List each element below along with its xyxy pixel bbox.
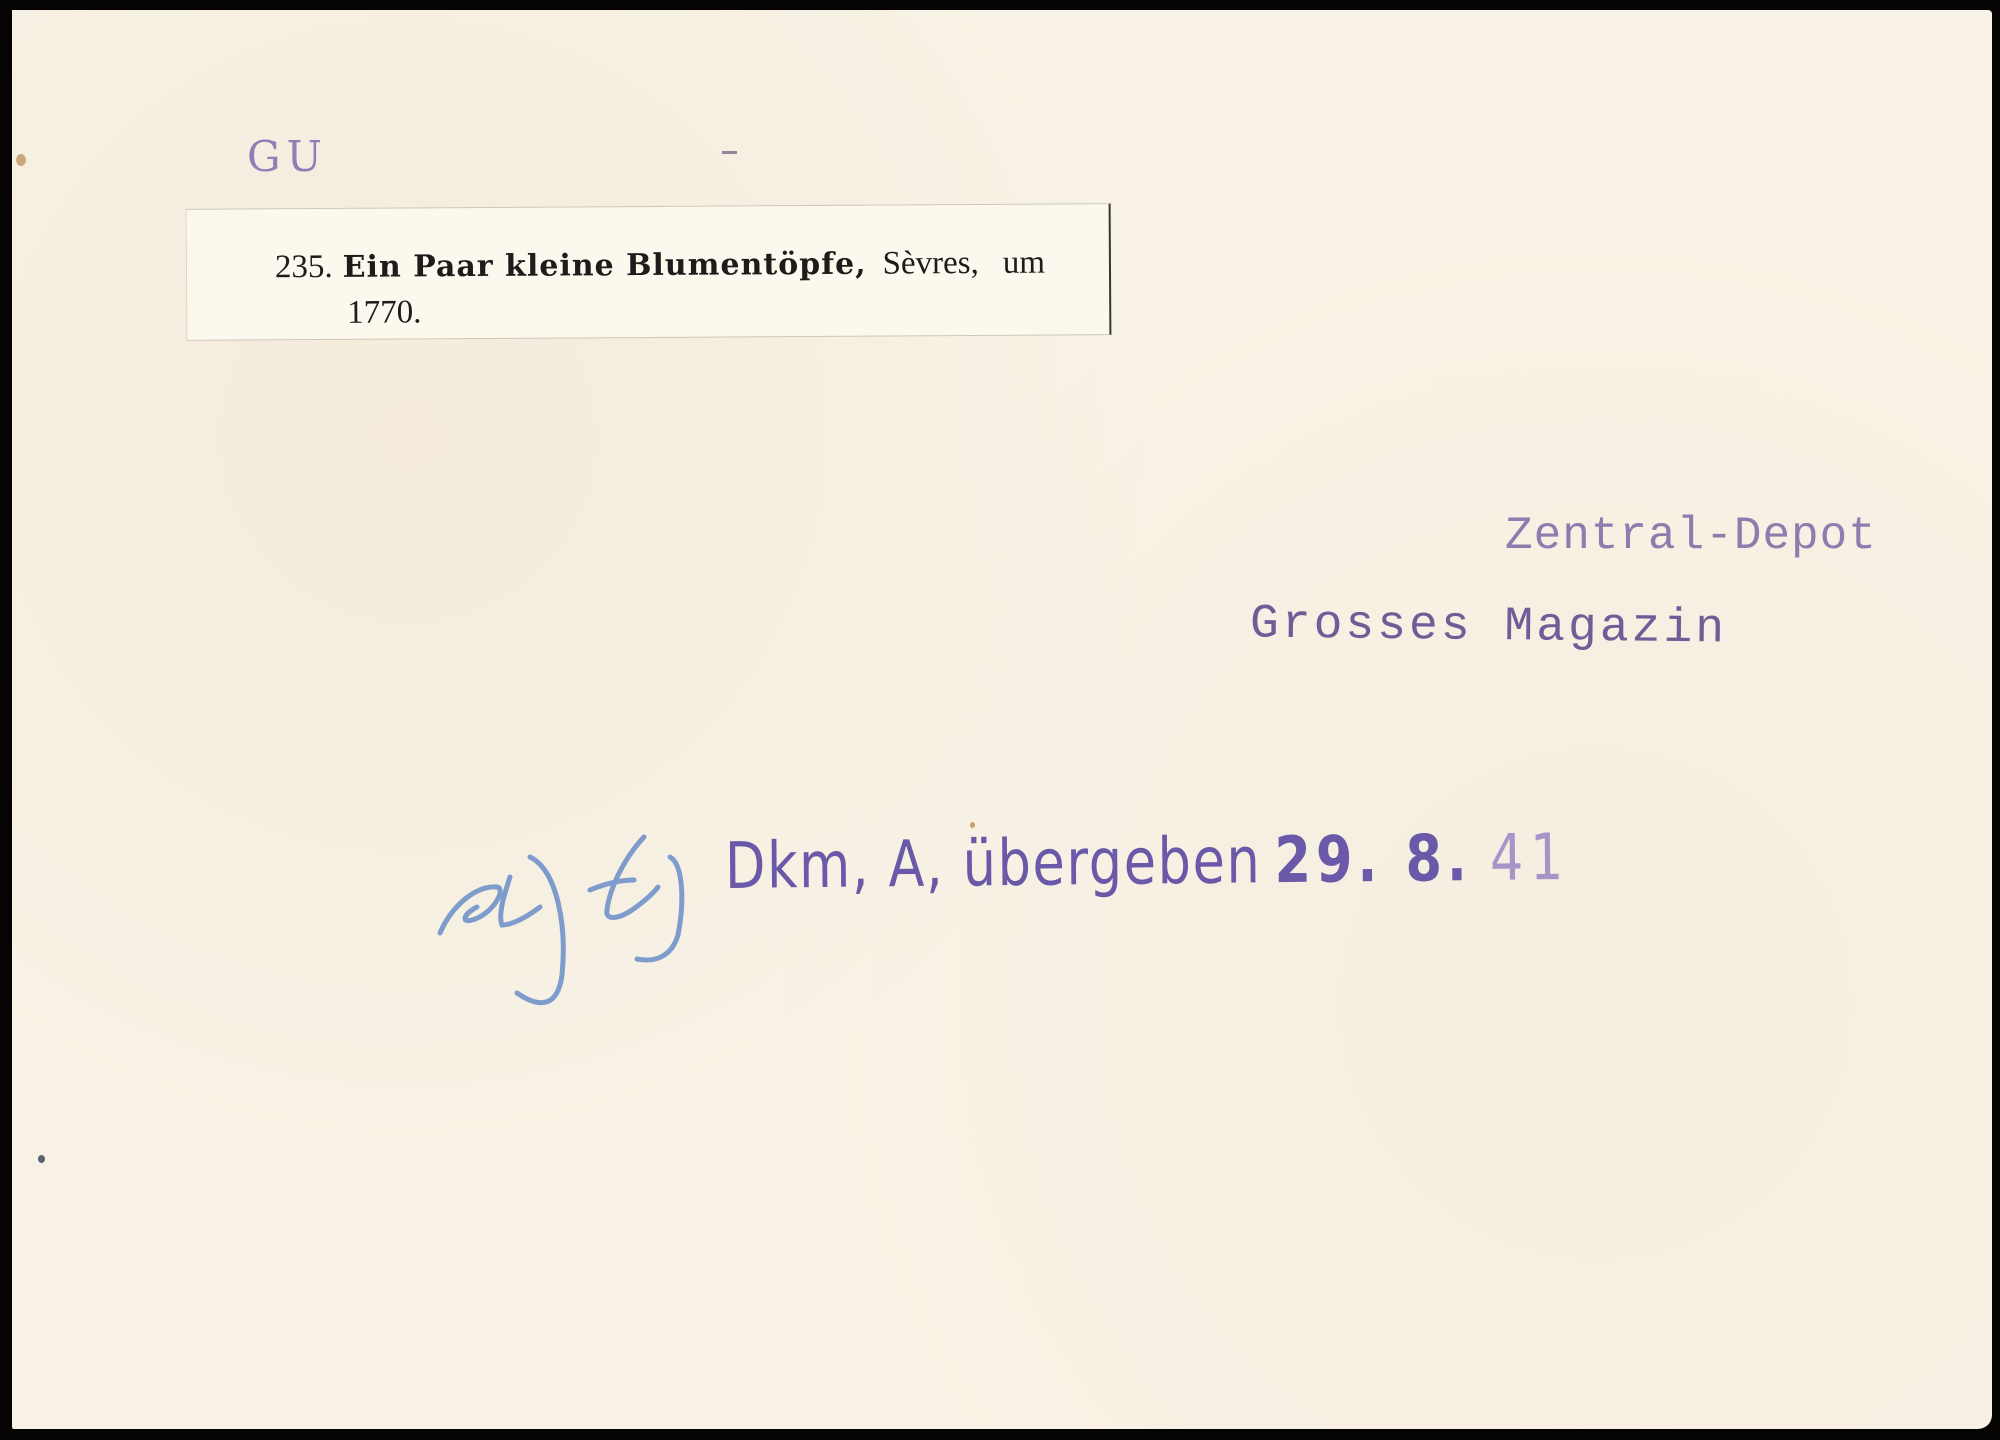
transfer-prefix: Dkm, A, übergeben: [725, 824, 1262, 904]
catalog-label-line1: 235.Ein Paar kleine Blumentöpfe,Sèvres,u…: [275, 245, 1045, 287]
transfer-date: 29. 8.: [1274, 822, 1472, 898]
archive-card: GU 235.Ein Paar kleine Blumentöpfe,Sèvre…: [12, 10, 1992, 1429]
pencil-annotation: [422, 825, 712, 1025]
ink-mark: [722, 151, 737, 154]
catalog-place: Sèvres,: [882, 245, 978, 282]
catalog-number: 235.: [275, 249, 333, 285]
ink-speck: [38, 1155, 45, 1163]
zentral-depot-stamp: Zentral-Depot: [1505, 510, 1877, 562]
stain-spot: [16, 154, 26, 166]
grosses-magazin-stamp: Grosses Magazin: [1250, 598, 1728, 657]
catalog-label: 235.Ein Paar kleine Blumentöpfe,Sèvres,u…: [186, 203, 1112, 341]
gu-stamp: GU: [247, 132, 328, 181]
catalog-title: Ein Paar kleine Blumentöpfe,: [343, 247, 867, 285]
catalog-um: um: [1003, 245, 1045, 281]
transfer-stamp: Dkm, A, übergeben29. 8. 41: [725, 821, 1570, 904]
catalog-year: 1770.: [347, 294, 421, 331]
transfer-year: 41: [1490, 821, 1570, 896]
stain-speck: [970, 822, 975, 828]
